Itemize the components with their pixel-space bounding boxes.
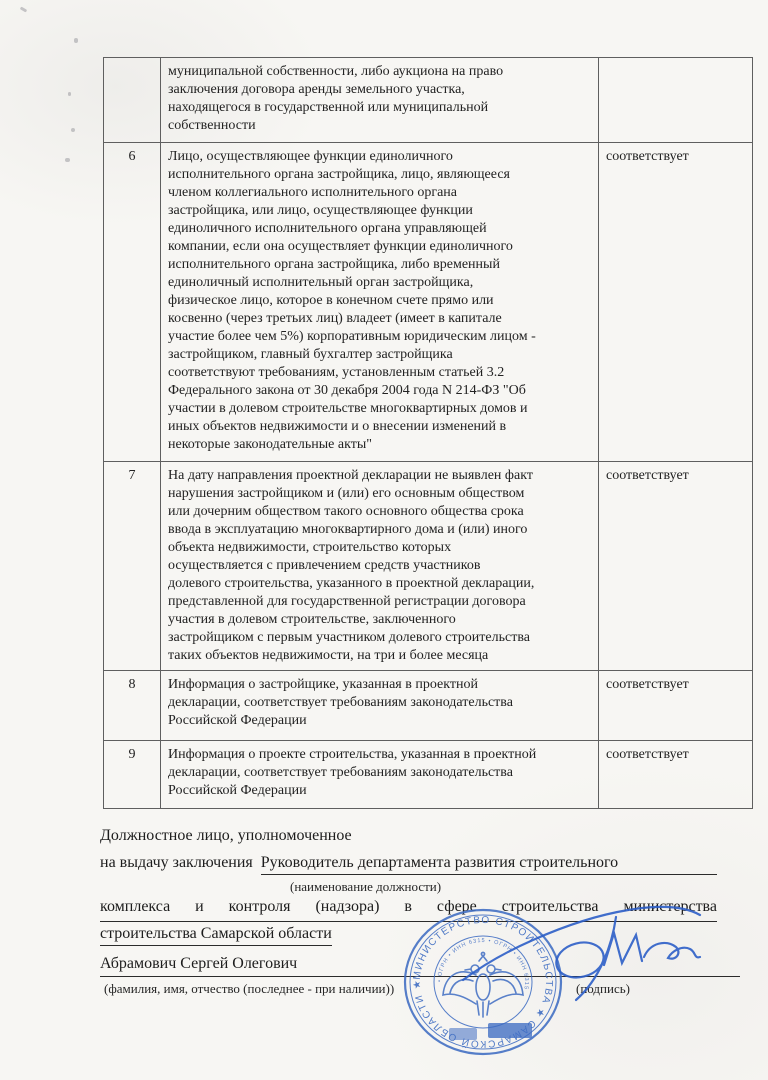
caption-position: (наименование должности) [290, 879, 441, 895]
row-number-cell: 9 [104, 741, 161, 809]
position-name-tail-text: строительства Самарской области [100, 925, 332, 946]
status-cell: соответствует [599, 143, 753, 462]
official-title-line2: на выдачу заключения Руководитель департ… [100, 854, 717, 875]
requirement-text-cell: Информация о проекте строительства, указ… [161, 741, 599, 809]
row-number-cell: 6 [104, 143, 161, 462]
requirement-text-cell: муниципальной собственности, либо аукцио… [161, 58, 599, 143]
position-name-tail: строительства Самарской области [100, 925, 332, 943]
issue-prefix: на выдачу заключения [100, 854, 261, 875]
requirement-text-cell: Лицо, осуществляющее функции единоличног… [161, 143, 599, 462]
compliance-table: муниципальной собственности, либо аукцио… [103, 57, 753, 809]
status-cell: соответствует [599, 462, 753, 671]
table-row: 6 Лицо, осуществляющее функции единоличн… [104, 143, 753, 462]
caption-full-name: (фамилия, имя, отчество (последнее - при… [104, 981, 394, 997]
stamp-banner [488, 1023, 532, 1038]
scan-speck [71, 128, 75, 132]
status-cell: соответствует [599, 741, 753, 809]
row-number-cell [104, 58, 161, 143]
row-number-cell: 7 [104, 462, 161, 671]
requirement-text-cell: Информация о застройщике, указанная в пр… [161, 671, 599, 741]
scan-speck [74, 38, 78, 43]
position-name-underlined: Руководитель департамента развития строи… [261, 854, 717, 875]
requirement-text-cell: На дату направления проектной декларации… [161, 462, 599, 671]
official-title-line1: Должностное лицо, уполномоченное [100, 827, 352, 845]
scan-speck [65, 158, 70, 162]
scan-speck [20, 6, 28, 12]
row-number-cell: 8 [104, 671, 161, 741]
status-cell: соответствует [599, 671, 753, 741]
table-row: 9 Информация о проекте строительства, ук… [104, 741, 753, 809]
table-row: 7 На дату направления проектной декларац… [104, 462, 753, 671]
document-page: муниципальной собственности, либо аукцио… [0, 0, 768, 1080]
stamp-banner-small [449, 1028, 477, 1040]
scan-speck [68, 92, 71, 96]
table-row: муниципальной собственности, либо аукцио… [104, 58, 753, 143]
status-cell [599, 58, 753, 143]
table-row: 8 Информация о застройщике, указанная в … [104, 671, 753, 741]
handwritten-signature [438, 893, 718, 1018]
